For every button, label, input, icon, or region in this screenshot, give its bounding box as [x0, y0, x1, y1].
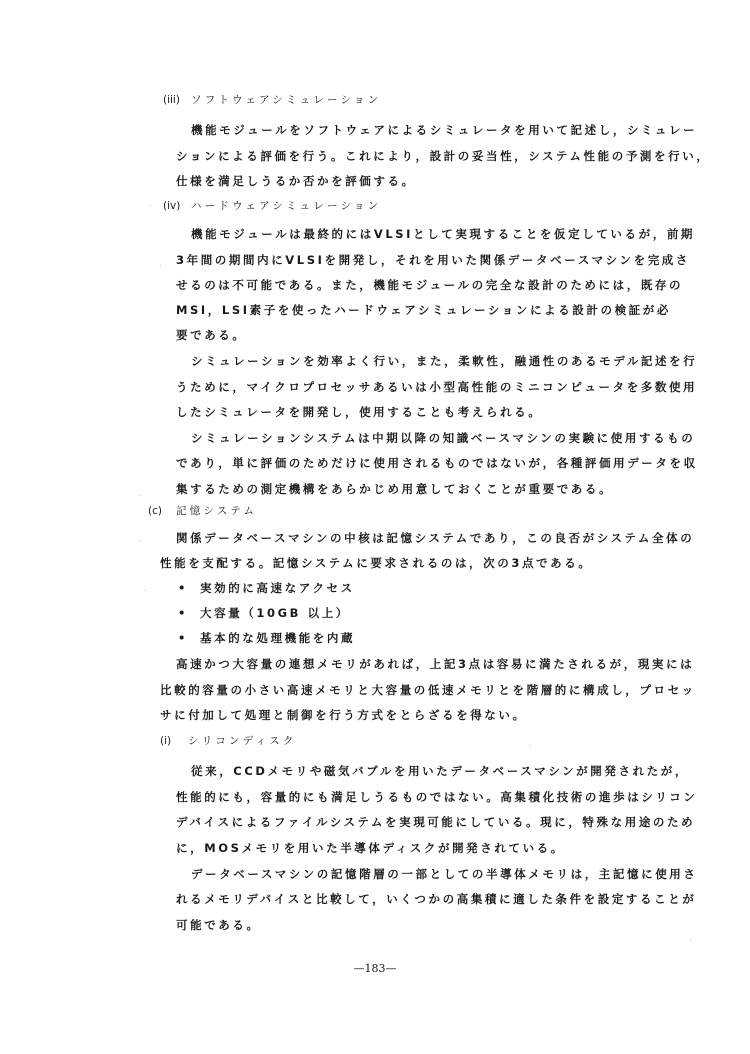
paragraph-line: したシミュレータを開発し，使用することも考えられる。 [176, 404, 542, 420]
scan-speck [140, 540, 141, 541]
section-marker: (iv) [163, 198, 191, 214]
paragraph-line: 要である。 [176, 327, 247, 343]
paragraph-line: 性能を支配する。記憶システムに要求されるのは，次の3点である。 [160, 555, 592, 571]
paragraph-line: シミュレーションを効率よく行い，また，柔軟性，融通性のあるモデル記述を行 [191, 353, 697, 369]
paragraph-line: 高速かつ大容量の連想メモリがあれば，上記3点は容易に満たされるが，現実には [176, 656, 694, 672]
section-title: ハードウェアシミュレーション [191, 200, 381, 212]
paragraph-line: 性能的にも，容量的にも満足しうるものではない。高集積化技術の進歩はシリコン [176, 789, 697, 805]
section-heading-storage-system: (c)記憶システム [148, 503, 257, 519]
paragraph-line: 3年間の期間内にVLSIを開発し，それを用いた関係データベースマシンを完成さ [176, 252, 690, 268]
section-title: 記憶システム [176, 505, 257, 517]
section-heading-hardware-simulation: (iv)ハードウェアシミュレーション [163, 198, 381, 214]
paragraph-line: 従来，CCDメモリや磁気バブルを用いたデータベースマシンが開発されたが， [191, 763, 689, 779]
paragraph-line: 機能モジュールは最終的にはVLSIとして実現することを仮定しているが，前期 [191, 226, 695, 242]
scan-speck [530, 745, 531, 746]
section-marker: (i) [160, 733, 188, 749]
paragraph-line: に，MOSメモリを用いた半導体ディスクが開発されている。 [176, 840, 565, 856]
section-heading-silicon-disk: (i)シリコンディスク [160, 733, 297, 749]
paragraph-line: サに付加して処理と制御を行う方式をとらざるを得ない。 [160, 707, 527, 723]
paragraph-line: であり，単に評価のためだけに使用されるものではないが，各種評価用データを収 [176, 455, 698, 471]
paragraph-line: 機能モジュールをソフトウェアによるシミュレータを用いて記述し，シミュレー [191, 122, 697, 138]
paragraph-line: 関係データベースマシンの中核は記憶システムであり，この良否がシステム全体の [176, 530, 694, 546]
paragraph-line: 仕様を満足しうるか否かを評価する。 [176, 173, 416, 189]
bullet-item: •大容量（10GB 以上） [178, 605, 350, 621]
scan-speck [145, 590, 146, 591]
paragraph-line: MSI，LSI素子を使ったハードウェアシミュレーションによる設計の検証が必 [176, 302, 671, 318]
scan-speck [690, 940, 691, 941]
bullet-icon: • [178, 605, 200, 621]
section-title: ソフトウェアシミュレーション [191, 94, 381, 106]
section-marker: (c) [148, 503, 176, 519]
paragraph-line: せるのは不可能である。また，機能モジュールの完全な設計のためには，既存の [176, 277, 683, 293]
scan-speck [140, 495, 141, 496]
section-marker: (iii) [163, 92, 191, 108]
section-heading-software-simulation: (iii)ソフトウェアシミュレーション [163, 92, 381, 108]
paragraph-line: 集するための測定機構をあらかじめ用意しておくことが重要である。 [176, 481, 613, 497]
paragraph-line: 可能である。 [176, 917, 261, 933]
paragraph-line: シミュレーションシステムは中期以降の知識ベースマシンの実験に使用するもの [191, 430, 695, 446]
page-number: —183— [0, 962, 750, 975]
bullet-item: •基本的な処理機能を内蔵 [178, 630, 355, 646]
scan-speck [150, 205, 151, 206]
section-title: シリコンディスク [188, 735, 297, 747]
bullet-icon: • [178, 630, 200, 646]
paragraph-line: れるメモリデバイスと比較して，いくつかの高集積に適した条件を設定することが [176, 891, 696, 907]
paragraph-line: デバイスによるファイルシステムを実現可能にしている。現に，特殊な用途のため [176, 814, 695, 830]
bullet-icon: • [178, 580, 200, 596]
paragraph-line: 比較的容量の小さい高速メモリと大容量の低速メモリとを階層的に構成し，プロセッ [160, 682, 696, 698]
paragraph-line: ションによる評価を行う。これにより，設計の妥当性，システム性能の予測を行い， [176, 148, 710, 164]
scan-speck [160, 265, 161, 266]
paragraph-line: うために，マイクロプロセッサあるいは小型高性能のミニコンピュータを多数使用 [176, 379, 697, 395]
paragraph-line: データベースマシンの記憶階層の一部としての半導体メモリは，主記憶に使用さ [191, 866, 698, 882]
bullet-item: •実効的に高速なアクセス [178, 580, 355, 596]
